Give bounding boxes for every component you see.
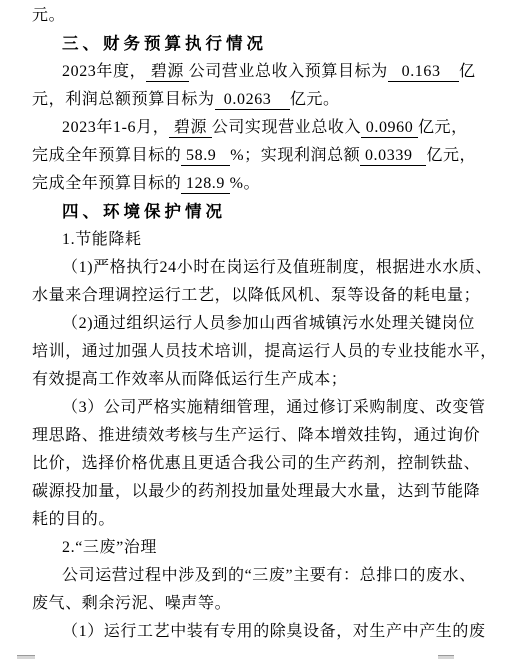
text-line: 水量来合理调控运行工艺，以降低风机、泵等设备的耗电量； (32, 282, 502, 310)
text-line: 比价，选择价格优惠且更适合我公司的生产药剂，控制铁盐、 (32, 450, 502, 478)
text-run: %；实现利润总额 (230, 147, 360, 164)
text-run: （3）公司严格实施精细管理，通过修订采购制度、改变管 (62, 399, 486, 416)
section-heading: 三、财务预算执行情况 (32, 30, 502, 58)
text-line: 理思路、推进绩效考核与生产运行、降本增效挂钩，通过询价 (32, 422, 502, 450)
text-line: 2023年1-6月， 碧源 公司实现营业总收入 0.0960 亿元， (32, 114, 502, 142)
text-run: 完成全年预算目标的 (32, 147, 181, 164)
text-run: 2023年度， (62, 63, 146, 80)
text-run: （2)通过组织运行人员参加山西省城镇污水处理关键岗位 (62, 315, 475, 332)
text-run: %。 (230, 175, 261, 192)
text-run: 公司实现营业总收入 (212, 119, 361, 136)
text-line: 培训，通过加强人员技术培训，提高运行人员的专业技能水平， (32, 338, 502, 366)
text-run: 理思路、推进绩效考核与生产运行、降本增效挂钩，通过询价 (32, 427, 480, 444)
page-bottom-artifact-right (438, 655, 454, 659)
text-run: 2023年1-6月， (62, 119, 169, 136)
text-line: （3）公司严格实施精细管理，通过修订采购制度、改变管 (32, 394, 502, 422)
text-run: 完成全年预算目标的 (32, 175, 181, 192)
underlined-value: 0.163 (388, 63, 459, 82)
text-run: 1.节能降耗 (62, 231, 142, 248)
text-run: 耗的目的。 (32, 511, 115, 528)
text-run: 亿元。 (290, 91, 340, 108)
underlined-value: 碧源 (169, 119, 211, 138)
text-run: 废气、剩余污泥、噪声等。 (32, 595, 231, 612)
text-run: 比价，选择价格优惠且更适合我公司的生产药剂，控制铁盐、 (32, 455, 480, 472)
text-line: 元。 (32, 2, 502, 30)
underlined-value: 碧源 (146, 63, 188, 82)
document-page: 元。三、财务预算执行情况2023年度， 碧源 公司营业总收入预算目标为 0.16… (0, 0, 507, 659)
text-run: 培训，通过加强人员技术培训，提高运行人员的专业技能水平， (32, 343, 497, 360)
text-line: 元，利润总额预算目标为 0.0263 亿元。 (32, 86, 502, 114)
text-run: （1）运行工艺中装有专用的除臭设备，对生产中产生的废 (62, 623, 486, 640)
text-run: 三、财务预算执行情况 (62, 35, 267, 53)
text-run: 四、环境保护情况 (62, 203, 226, 221)
underlined-value: 58.9 (181, 147, 230, 166)
text-run: 元，利润总额预算目标为 (32, 91, 215, 108)
text-run: 2.“三废”治理 (62, 539, 157, 556)
text-line: 完成全年预算目标的 58.9 %；实现利润总额 0.0339 亿元， (32, 142, 502, 170)
text-line: 2023年度， 碧源 公司营业总收入预算目标为 0.163 亿 (32, 58, 502, 86)
text-line: 废气、剩余污泥、噪声等。 (32, 590, 502, 618)
underlined-value: 0.0263 (215, 91, 290, 110)
text-line: 耗的目的。 (32, 506, 502, 534)
text-run: （1)严格执行24小时在岗运行及值班制度，根据进水水质、 (62, 259, 492, 276)
text-run: 元。 (32, 7, 65, 24)
text-line: （1）运行工艺中装有专用的除臭设备，对生产中产生的废 (32, 618, 502, 646)
text-line: （1)严格执行24小时在岗运行及值班制度，根据进水水质、 (32, 254, 502, 282)
underlined-value: 128.9 (181, 175, 229, 194)
text-line: 2.“三废”治理 (32, 534, 502, 562)
text-run: 公司营业总收入预算目标为 (189, 63, 388, 80)
text-run: 碳源投加量，以最少的药剂投加量处理最大水量，达到节能降 (32, 483, 480, 500)
text-line: （2)通过组织运行人员参加山西省城镇污水处理关键岗位 (32, 310, 502, 338)
document-body: 元。三、财务预算执行情况2023年度， 碧源 公司营业总收入预算目标为 0.16… (32, 2, 502, 646)
text-run: 亿 (459, 63, 476, 80)
underlined-value: 0.0960 (361, 119, 418, 138)
text-run: 有效提高工作效率从而降低运行生产成本； (32, 371, 347, 388)
text-line: 碳源投加量，以最少的药剂投加量处理最大水量，达到节能降 (32, 478, 502, 506)
section-heading: 四、环境保护情况 (32, 198, 502, 226)
text-run: 水量来合理调控运行工艺，以降低风机、泵等设备的耗电量； (32, 287, 480, 304)
underlined-value: 0.0339 (360, 147, 426, 166)
page-bottom-artifact-left (17, 655, 35, 659)
text-line: 完成全年预算目标的 128.9 %。 (32, 170, 502, 198)
text-run: 亿元， (426, 147, 476, 164)
text-line: 1.节能降耗 (32, 226, 502, 254)
text-line: 公司运营过程中涉及到的“三废”主要有：总排口的废水、 (32, 562, 502, 590)
text-run: 公司运营过程中涉及到的“三废”主要有：总排口的废水、 (62, 567, 476, 584)
text-run: 亿元， (418, 119, 468, 136)
text-line: 有效提高工作效率从而降低运行生产成本； (32, 366, 502, 394)
